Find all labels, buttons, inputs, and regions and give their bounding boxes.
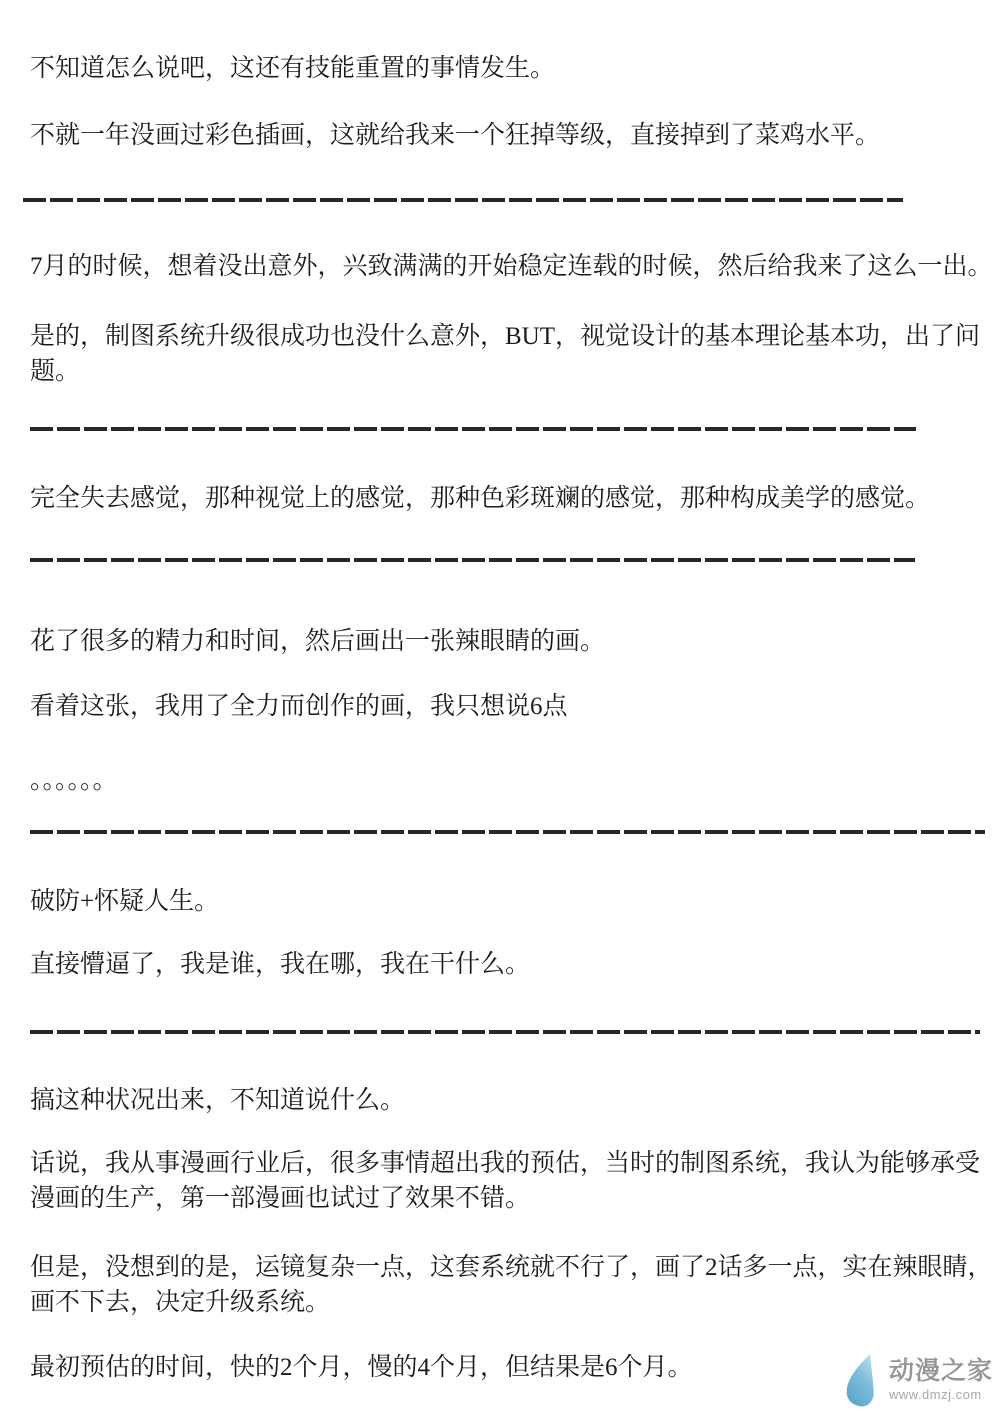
note-paragraph: 话说，我从事漫画行业后，很多事情超出我的预估，当时的制图系统，我认为能够承受漫画… bbox=[30, 1146, 998, 1216]
site-name: 动漫之家 bbox=[889, 1358, 993, 1385]
section-divider bbox=[30, 1030, 980, 1034]
note-paragraph: 是的，制图系统升级很成功也没什么意外，BUT，视觉设计的基本理论基本功，出了问题… bbox=[30, 319, 998, 389]
note-paragraph: 看着这张，我用了全力而创作的画，我只想说6点 bbox=[30, 689, 998, 724]
note-paragraph: 直接懵逼了，我是谁，我在哪，我在干什么。 bbox=[30, 947, 998, 982]
note-paragraph: 7月的时候，想着没出意外，兴致满满的开始稳定连载的时候，然后给我来了这么一出。 bbox=[30, 249, 998, 284]
section-divider bbox=[23, 198, 903, 202]
section-divider bbox=[30, 558, 915, 562]
note-paragraph: 搞这种状况出来，不知道说什么。 bbox=[30, 1083, 998, 1118]
note-paragraph: 但是，没想到的是，运镜复杂一点，这套系统就不行了，画了2话多一点，实在辣眼睛，画… bbox=[30, 1250, 998, 1320]
note-paragraph: 不知道怎么说吧，这还有技能重置的事情发生。 bbox=[30, 51, 998, 86]
section-divider bbox=[30, 830, 985, 834]
site-watermark: 动漫之家 www.dmzj.com bbox=[843, 1342, 993, 1412]
note-paragraph: 完全失去感觉，那种视觉上的感觉，那种色彩斑斓的感觉，那种构成美学的感觉。 bbox=[30, 481, 998, 516]
note-paragraph-ellipsis: 。。。。。。 bbox=[30, 763, 998, 798]
author-note-page: 不知道怎么说吧，这还有技能重置的事情发生。 不就一年没画过彩色插画，这就给我来一… bbox=[0, 0, 1000, 1415]
site-watermark-text: 动漫之家 www.dmzj.com bbox=[889, 1358, 993, 1402]
section-divider bbox=[30, 427, 916, 431]
site-url: www.dmzj.com bbox=[889, 1388, 993, 1402]
water-drop-icon bbox=[843, 1350, 879, 1412]
note-paragraph: 不就一年没画过彩色插画，这就给我来一个狂掉等级，直接掉到了菜鸡水平。 bbox=[30, 118, 998, 153]
note-paragraph: 破防+怀疑人生。 bbox=[30, 884, 998, 919]
note-paragraph: 花了很多的精力和时间，然后画出一张辣眼睛的画。 bbox=[30, 624, 998, 659]
